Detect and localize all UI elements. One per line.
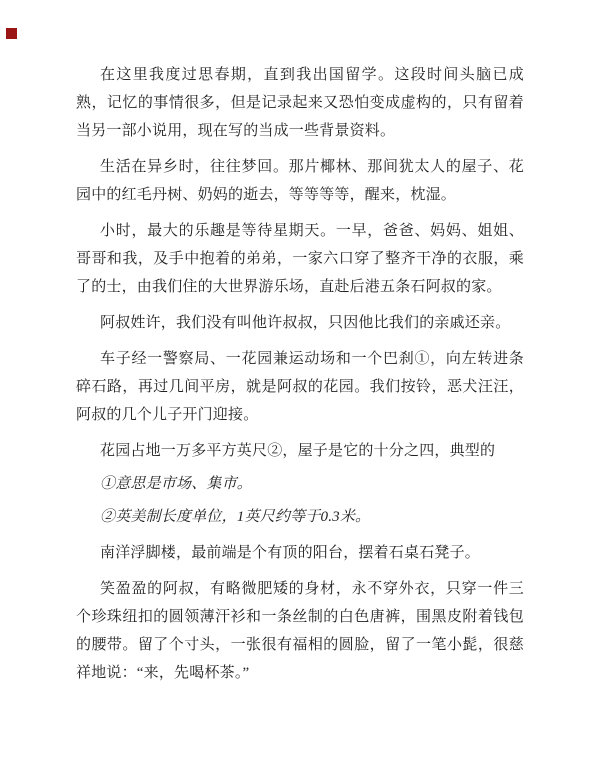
paragraph: 小时，最大的乐趣是等待星期天。一早，爸爸、妈妈、姐姐、哥哥和我，及手中抱着的弟弟… — [76, 217, 524, 301]
red-marker-square — [6, 28, 17, 39]
paragraph: 在这里我度过思春期，直到我出国留学。这段时间头脑已成熟，记忆的事情很多，但是记录… — [76, 61, 524, 145]
document-text: 在这里我度过思春期，直到我出国留学。这段时间头脑已成熟，记忆的事情很多，但是记录… — [76, 61, 524, 687]
document-page: 在这里我度过思春期，直到我出国留学。这段时间头脑已成熟，记忆的事情很多，但是记录… — [0, 0, 600, 777]
paragraph: 阿叔姓许，我们没有叫他许叔叔，只因他比我们的亲戚还亲。 — [76, 309, 524, 337]
paragraph: 笑盈盈的阿叔，有略微肥矮的身材，永不穿外衣，只穿一件三个珍珠纽扣的圆领薄汗衫和一… — [76, 575, 524, 687]
paragraph: 花园占地一万多平方英尺②，屋子是它的十分之四，典型的 — [76, 437, 524, 465]
footnote-line: ①意思是市场、集市。 — [76, 470, 524, 498]
footnote-line: ②英美制长度单位，1英尺约等于0.3米。 — [76, 503, 524, 531]
paragraph: 车子经一警察局、一花园兼运动场和一个巴刹①，向左转进条碎石路，再过几间平房，就是… — [76, 345, 524, 429]
paragraph: 生活在异乡时，往往梦回。那片椰林、那间犹太人的屋子、花园中的红毛丹树、奶妈的逝去… — [76, 153, 524, 209]
paragraph: 南洋浮脚楼，最前端是个有顶的阳台，摆着石桌石凳子。 — [76, 539, 524, 567]
